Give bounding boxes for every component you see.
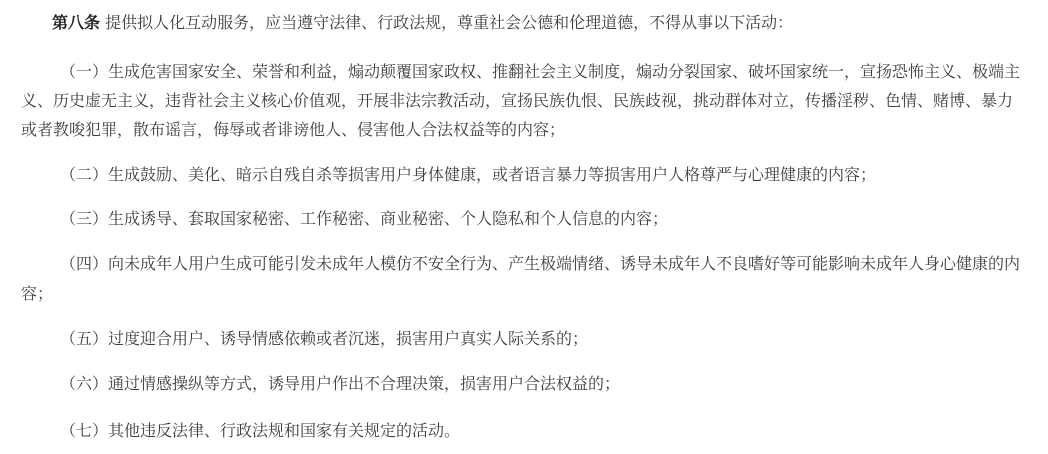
item-6-line-1: （六）通过情感操纵等方式，诱导用户作出不合理决策，损害用户合法权益的； <box>60 374 620 394</box>
item-1-line-1: （一）生成危害国家安全、荣誉和利益，煽动颠覆国家政权、推翻社会主义制度，煽动分裂… <box>60 62 1020 82</box>
item-4-line-1: （四）向未成年人用户生成可能引发未成年人模仿不安全行为、产生极端情绪、诱导未成年… <box>60 254 1020 274</box>
article-title: 第八条 <box>52 13 100 32</box>
article-intro: 提供拟人化互动服务，应当遵守法律、行政法规，尊重社会公德和伦理道德，不得从事以下… <box>105 13 793 32</box>
item-5-line-1: （五）过度迎合用户、诱导情感依赖或者沉迷，损害用户真实人际关系的； <box>60 329 588 349</box>
item-4-line-2: 容； <box>21 284 53 304</box>
item-7-line-1: （七）其他违反法律、行政法规和国家有关规定的活动。 <box>60 421 460 441</box>
item-3-line-1: （三）生成诱导、套取国家秘密、工作秘密、商业秘密、个人隐私和个人信息的内容； <box>60 209 668 229</box>
article-heading-line: 第八条 提供拟人化互动服务，应当遵守法律、行政法规，尊重社会公德和伦理道德，不得… <box>52 13 793 33</box>
item-1-line-2: 义、历史虚无主义，违背社会主义核心价值观，开展非法宗教活动，宣扬民族仇恨、民族歧… <box>21 91 1013 111</box>
item-1-line-3: 或者教唆犯罪，散布谣言，侮辱或者诽谤他人、侵害他人合法权益等的内容； <box>21 120 565 140</box>
item-2-line-1: （二）生成鼓励、美化、暗示自残自杀等损害用户身体健康，或者语言暴力等损害用户人格… <box>60 165 876 185</box>
